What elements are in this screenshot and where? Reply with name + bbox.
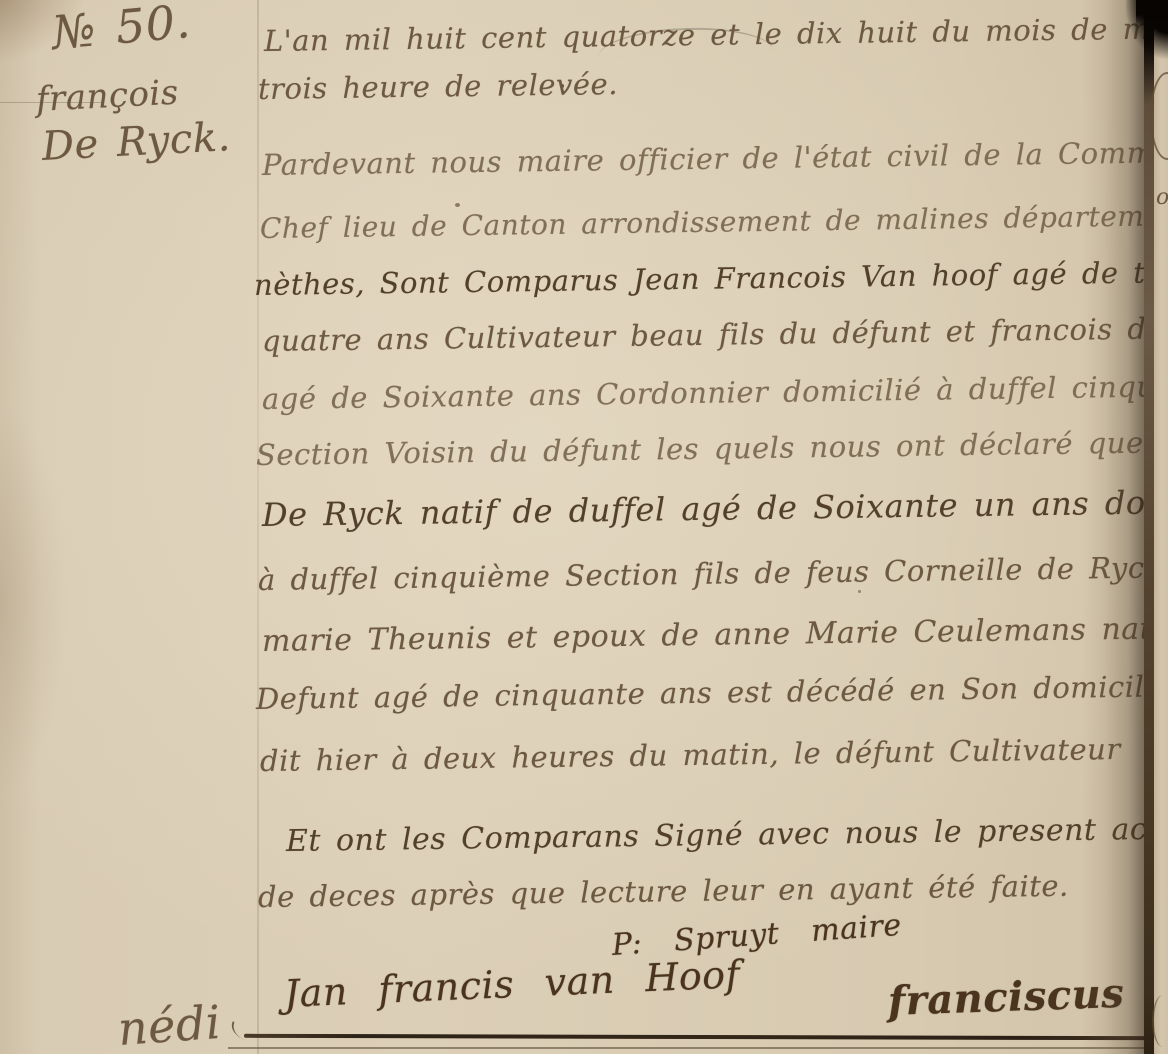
body-line: dit hier à deux heures du matin, le défu… <box>260 732 1121 778</box>
body-line: marie Theunis et epoux de anne Marie Ceu… <box>262 611 1168 659</box>
next-entry-margin-partial: nédi <box>116 995 223 1054</box>
body-line: agé de Soixante ans Cordonnier domicilié… <box>262 369 1168 416</box>
entry-separator-rule-secondary <box>228 1047 1168 1049</box>
ink-speck <box>858 590 861 593</box>
body-line: Et ont les Comparans Signé avec nous le … <box>286 812 1168 859</box>
body-line: quatre ans Cultivateur beau fils du défu… <box>262 311 1168 358</box>
top-right-dark-strip <box>1136 0 1168 26</box>
body-line: nèthes, Sont Comparus Jean Francois Van … <box>254 254 1168 302</box>
entry-separator-rule <box>244 1034 1157 1040</box>
entry-number: № 50. <box>50 0 193 60</box>
body-line: Section Voisin du défunt les quels nous … <box>256 424 1168 472</box>
body-line: Chef lieu de Canton arrondissement de ma… <box>260 197 1168 245</box>
ink-speck <box>455 203 460 207</box>
body-line: Defunt agé de cinquante ans est décédé e… <box>256 668 1168 716</box>
body-line: à duffel cinquième Section fils de feus … <box>258 549 1168 597</box>
body-line: trois heure de relevée. <box>258 67 618 106</box>
facing-page-curve-mark <box>1152 995 1168 1047</box>
body-line: De Ryck natif de duffel agé de Soixante … <box>262 482 1168 534</box>
margin-name-last: De Ryck. <box>41 114 232 170</box>
body-line: de deces après que lecture leur en ayant… <box>258 869 1069 914</box>
body-line: L'an mil huit cent quatorze et le dix hu… <box>264 11 1168 58</box>
body-line: Pardevant nous maire officier de l'état … <box>262 133 1168 182</box>
binding-gutter <box>1144 0 1154 1054</box>
page-curl-shadow <box>1082 0 1146 1054</box>
margin-name-first: françois <box>35 73 180 120</box>
manuscript-page: № 50. françois De Ryck. nédi L'an mil hu… <box>0 0 1168 1054</box>
signature-mayor: P: Spruyt maire <box>611 908 903 963</box>
facing-page-text-fragment: o <box>1156 185 1168 210</box>
signature-witness-van-hoof: Jan francis van Hoof <box>283 952 741 1016</box>
